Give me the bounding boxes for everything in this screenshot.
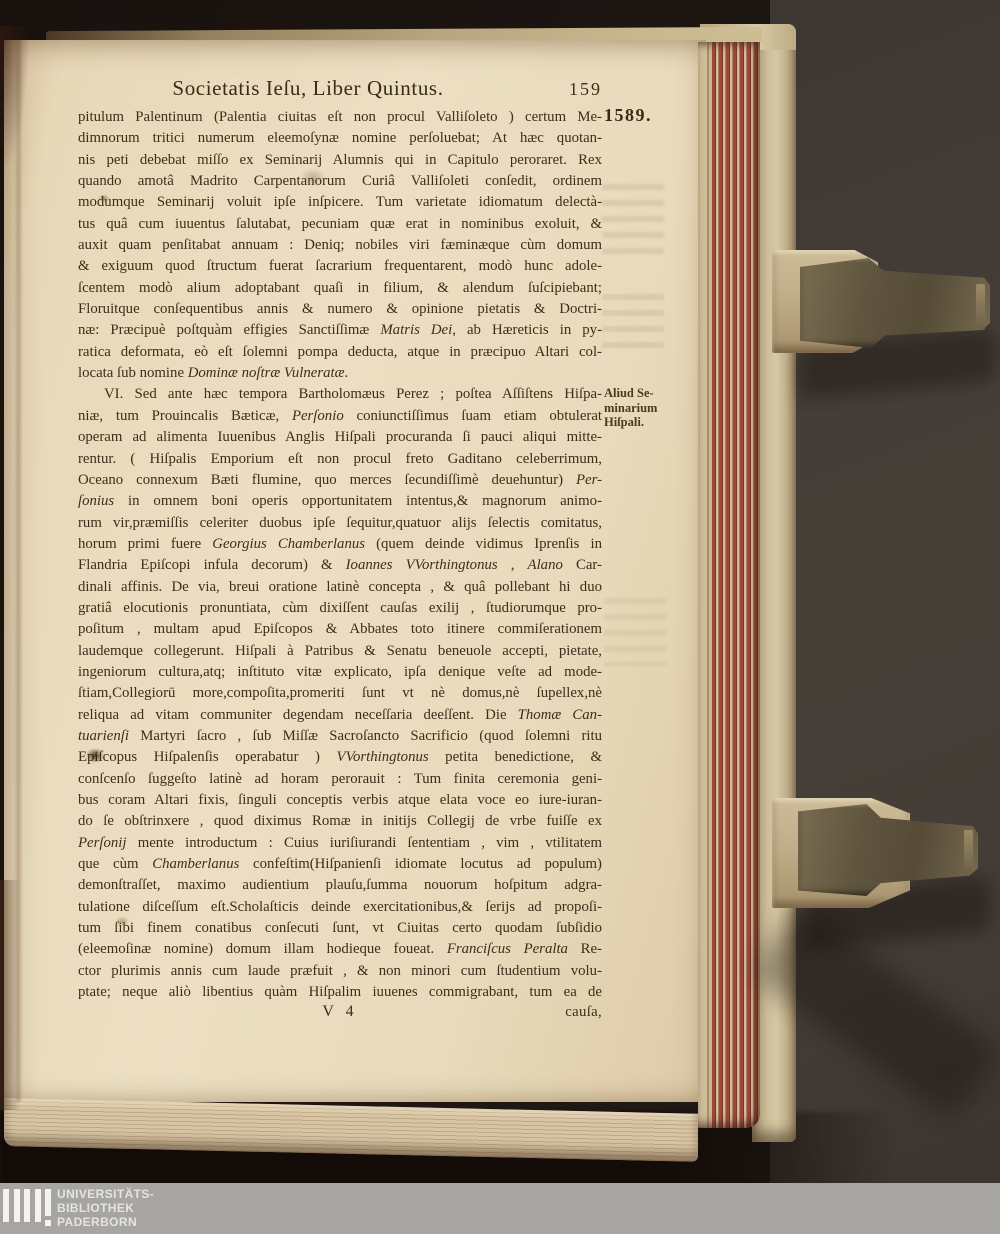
catchword: cauſa, <box>565 1004 602 1021</box>
text-line: tuarienſi Martyri ſacro , ſub Miſſæ Sacr… <box>78 726 602 747</box>
logo-bar <box>35 1189 41 1222</box>
marginal-note-line: Hiſpali. <box>604 415 670 430</box>
library-name: UNIVERSITÄTS-BIBLIOTHEKPADERBORN <box>57 1187 154 1229</box>
ink-showthrough <box>602 184 664 262</box>
text-line: ſonius in omnem boni operis opportunitat… <box>78 491 602 512</box>
signature-row: V 4 cauſa, <box>78 1003 602 1021</box>
running-title: Societatis Ieſu, Liber Quintus. <box>78 76 538 101</box>
logo-bar <box>24 1189 30 1222</box>
text-line: ratica deformata, eò eſt ſolemni pompa d… <box>78 342 602 363</box>
scanned-book-photo: Societatis Ieſu, Liber Quintus. 159 1589… <box>0 0 1000 1234</box>
text-line: conſcenſo ſuggeſto latinè ad horam peror… <box>78 769 602 790</box>
body-text: pitulum Palentinum (Palentia ciuitas eſt… <box>78 107 602 1003</box>
gutter-shadow-top <box>0 26 30 176</box>
text-line: que cùm Chamberlanus confeſtim(Hiſpanien… <box>78 854 602 875</box>
marginal-note-line: Aliud Se- <box>604 386 670 401</box>
text-line: horum primi fuere Georgius Chamberlanus … <box>78 534 602 555</box>
text-line: reliqua ad vitam communiter degendam nec… <box>78 705 602 726</box>
library-name-line: PADERBORN <box>57 1215 154 1229</box>
text-line: rentur. ( Hiſpalis Emporium eſt non proc… <box>78 449 602 470</box>
text-line: ſcentem modò alium adoptabant quaſi in f… <box>78 278 602 299</box>
library-name-line: BIBLIOTHEK <box>57 1201 154 1215</box>
library-banner: UNIVERSITÄTS-BIBLIOTHEKPADERBORN <box>0 1183 1000 1234</box>
library-name-line: UNIVERSITÄTS- <box>57 1187 154 1201</box>
ink-blot <box>86 748 104 763</box>
text-line: (eleemoſinæ nomine) domum illam hodieque… <box>78 939 602 960</box>
text-line: Floruitque conſequentibus annis & numero… <box>78 299 602 320</box>
text-line: ctor plurimis annis cum laude præfuit , … <box>78 961 602 982</box>
text-line: VI. Sed ante hæc tempora Bartholomæus Pe… <box>78 384 602 405</box>
text-line: operam ad alimenta Iuuenibus Anglis Hiſp… <box>78 427 602 448</box>
text-line: ſtiam,Collegiorū more,compoſita,promerit… <box>78 683 602 704</box>
marginal-note-line: minarium <box>604 401 670 416</box>
text-line: demonſtraſſet, maximo audientium plauſu,… <box>78 875 602 896</box>
text-line: pitulum Palentinum (Palentia ciuitas eſt… <box>78 107 602 128</box>
logo-bar-dot <box>45 1220 51 1226</box>
marginal-year: 1589. <box>604 105 652 126</box>
text-line: do ſe obſtrinxere , quod diximus Romæ in… <box>78 811 602 832</box>
text-line: dinali affinis. De via, breui oratione l… <box>78 577 602 598</box>
text-line: rum vir,præmiſſis celeriter duobus ipſe … <box>78 513 602 534</box>
text-line: Perſonij mente introductum : Cuius iuriſ… <box>78 833 602 854</box>
text-line: Oceano connexum Bæti flumine, quo merces… <box>78 470 602 491</box>
text-line: quando amotâ Madrito Carpentanorum Curiâ… <box>78 171 602 192</box>
foxing-spot <box>114 916 130 927</box>
logo-bar <box>14 1189 20 1222</box>
text-line: tum ſibi finem conatibus conſecuti ſunt,… <box>78 918 602 939</box>
text-line: niæ, tum Prouincalis Bæticæ, Perſonio co… <box>78 406 602 427</box>
text-line: ingeniorum cultura,atq; inſtituto vitæ e… <box>78 662 602 683</box>
foxing-spot <box>300 168 326 186</box>
text-line: Epiſcopus Hiſpalenſis operabatur ) VVort… <box>78 747 602 768</box>
logo-bar <box>45 1189 51 1216</box>
foxing-spot <box>98 194 110 203</box>
text-line: modumque Seminarij voluit ipſe inſpicere… <box>78 192 602 213</box>
text-line: laudemque collegerunt. Hiſpali à Patribu… <box>78 641 602 662</box>
marginal-note: Aliud Se-minariumHiſpali. <box>604 386 670 430</box>
page-number: 159 <box>538 79 602 100</box>
text-line: tus quâ cum iuuentus ſalutabat, pecuniam… <box>78 214 602 235</box>
clasp-tip-lower <box>964 830 973 874</box>
text-line: locata ſub nomine Dominæ noſtræ Vulnerat… <box>78 363 602 384</box>
ink-showthrough <box>602 294 664 356</box>
text-line: næ: Præcipuè poſtquàm effigies Sanctiſſi… <box>78 320 602 341</box>
running-header: Societatis Ieſu, Liber Quintus. 159 <box>78 76 602 101</box>
text-line: nis peti debebat miſſo ex Seminarij Alum… <box>78 150 602 171</box>
ink-showthrough <box>604 598 666 666</box>
text-line: ptate; neque aliò libentius quàm Hiſpali… <box>78 982 602 1003</box>
text-line: poſitum , multam apud Epiſcopos & Abbate… <box>78 619 602 640</box>
text-line: tulatione diſceſſum eſt.Scholaſticis dei… <box>78 897 602 918</box>
text-line: dimnorum tritici numerum eleemoſynæ nomi… <box>78 128 602 149</box>
text-line: gratiâ elocutionis pronuntiata, cùm dixi… <box>78 598 602 619</box>
text-line: bus coram Altari fixis, ſinguli concepti… <box>78 790 602 811</box>
text-line: & exiguum quod ſtructum fuerat ſacrarium… <box>78 256 602 277</box>
text-line: auxit quam penſitabat annuam : Deniq; no… <box>78 235 602 256</box>
logo-bar <box>3 1189 9 1222</box>
red-sprinkled-fore-edge <box>698 42 760 1128</box>
gathering-signature: V 4 <box>78 1003 602 1021</box>
clasp-tip-upper <box>976 284 985 330</box>
gutter-shadow-bottom <box>0 880 20 1110</box>
text-line: Flandria Epiſcopi infula decorum) & Ioan… <box>78 555 602 576</box>
